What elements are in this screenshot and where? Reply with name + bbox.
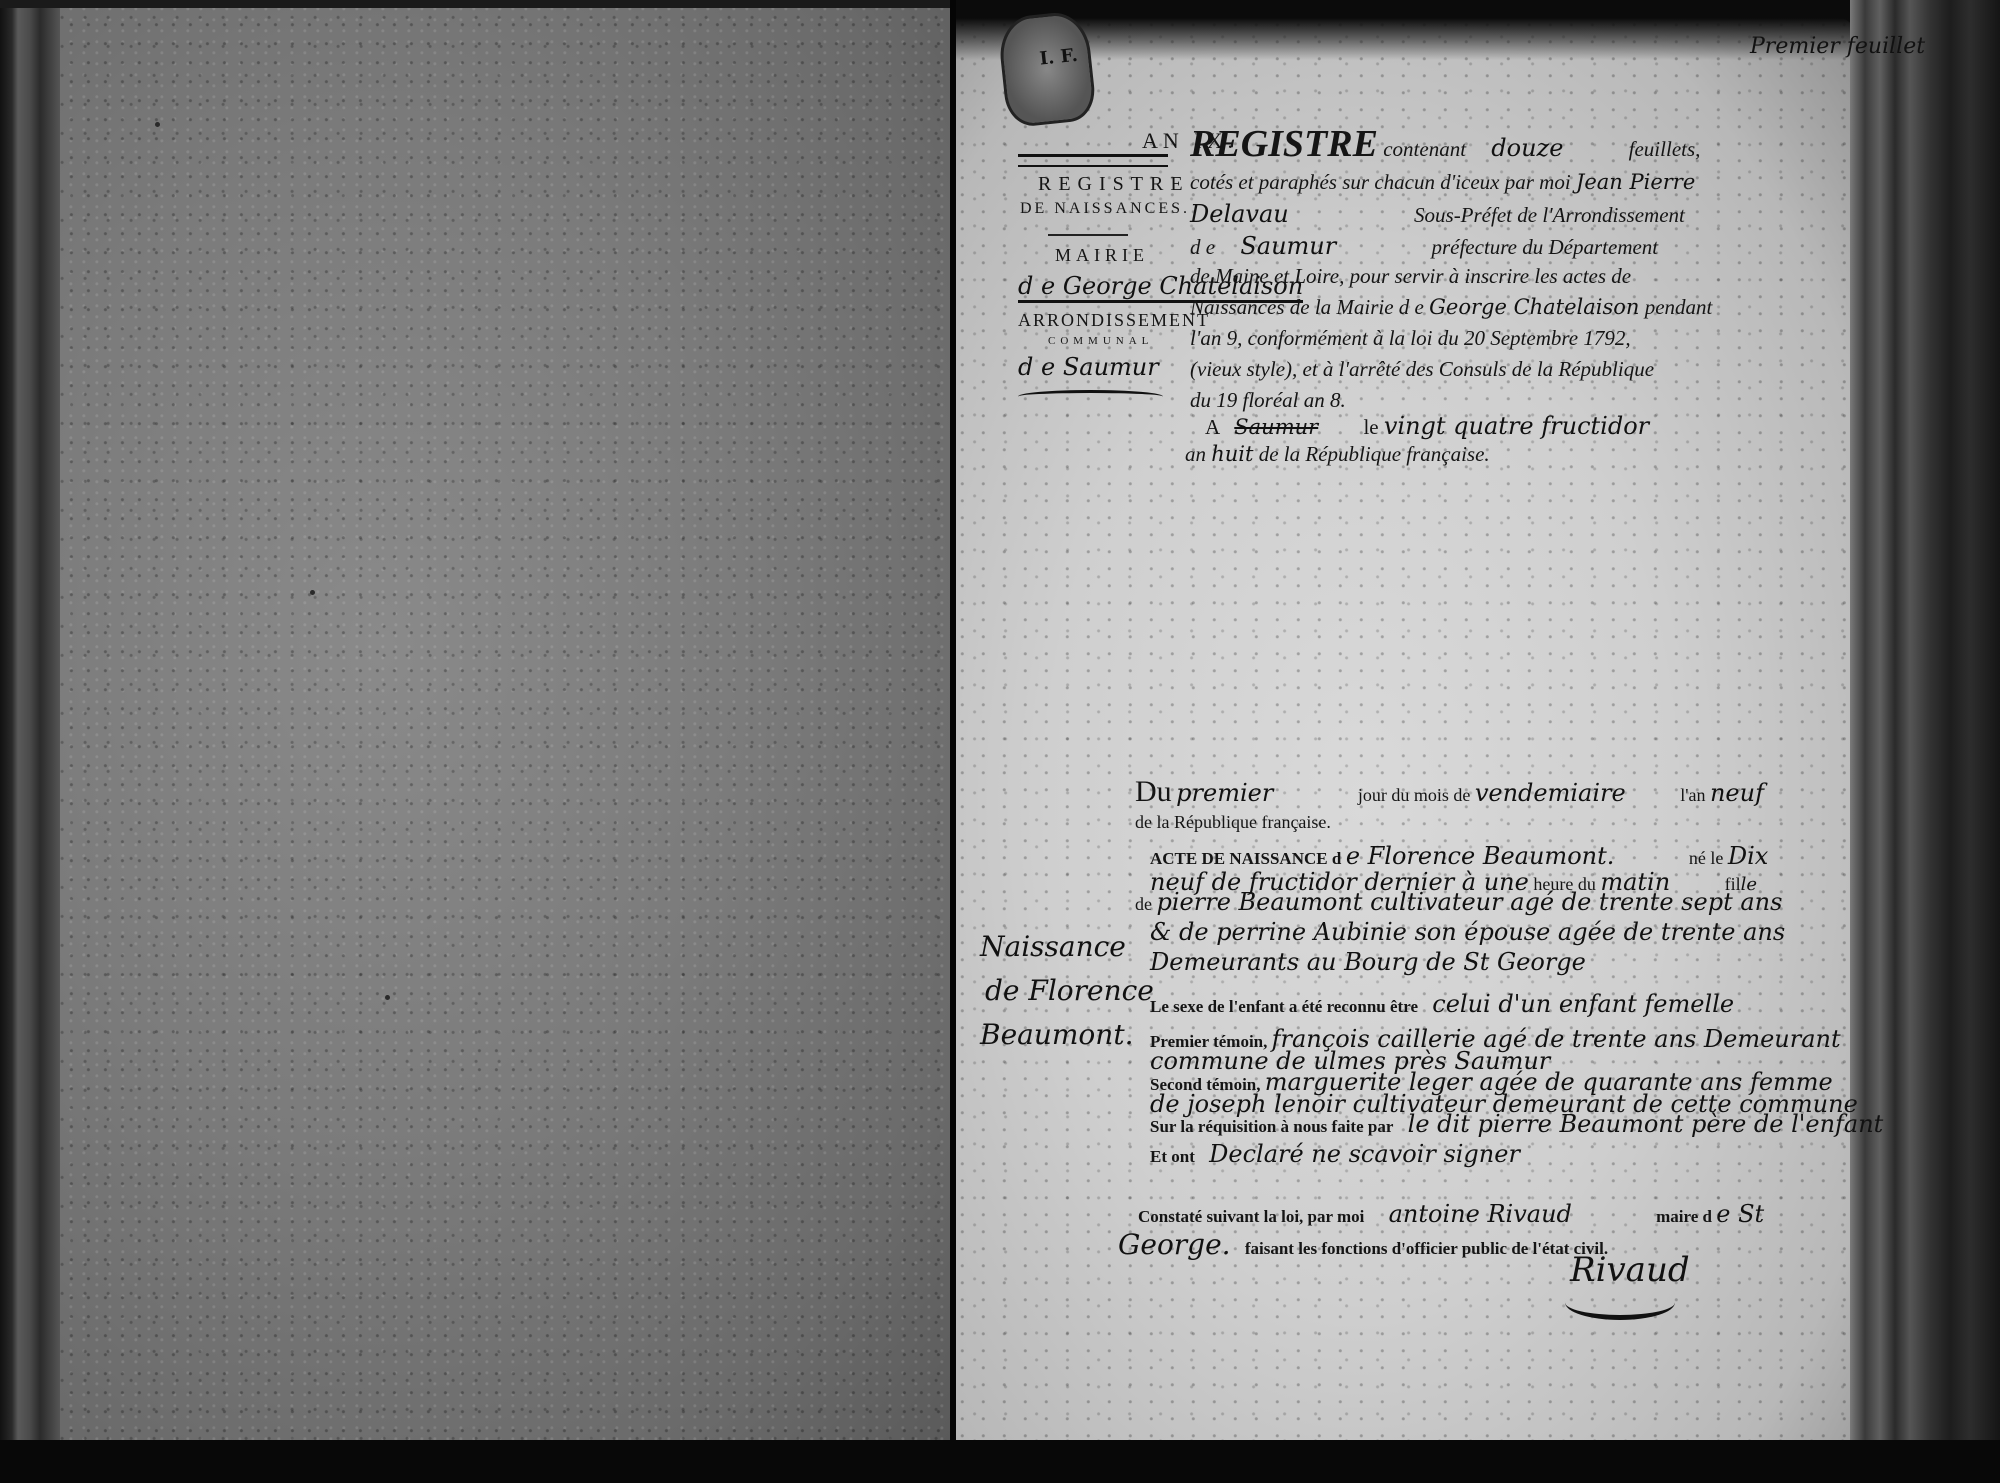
date-line-2: an huit de la République française. xyxy=(1185,442,1490,467)
declaration-line: Et ont Declaré ne scavoir signer xyxy=(1150,1140,1520,1168)
arrondissement-value: d e Saumur xyxy=(1018,353,1159,381)
act-name-line: ACTE DE NAISSANCE d e Florence Beaumont.… xyxy=(1150,842,1768,870)
act-date-line: Du premier jour du mois de vendemiaire l… xyxy=(1135,775,1764,809)
date-line: A Saumur le vingt quatre fructidor xyxy=(1205,412,1649,440)
paper-spot xyxy=(385,995,390,1000)
act-mother-line: & de perrine Aubinie son épouse agée de … xyxy=(1150,918,1785,946)
act-sex-line: Le sexe de l'enfant a été reconnu être c… xyxy=(1150,990,1734,1018)
signature-flourish xyxy=(1565,1285,1675,1320)
page-note: Premier feuillet xyxy=(1750,34,1925,59)
register-title: REGISTRE xyxy=(1190,123,1378,165)
header-line-9: du 19 floréal an 8. xyxy=(1190,388,1346,413)
left-top-edge xyxy=(0,0,960,8)
header-line-8: (vieux style), et à l'arrêté des Consuls… xyxy=(1190,357,1654,382)
book-binding-left xyxy=(0,0,60,1483)
header-line-6: Naissances de la Mairie d e George Chate… xyxy=(1190,295,1712,320)
mairie-label: MAIRIE xyxy=(1055,245,1149,266)
arrondissement-label: ARRONDISSEMENT xyxy=(1018,310,1210,331)
act-father-line: de pierre Beaumont cultivateur agé de tr… xyxy=(1135,888,1782,916)
mayor-signature: Rivaud xyxy=(1570,1250,1690,1290)
header-line-1: REGISTRE contenant douze feuillets, xyxy=(1190,122,1700,166)
act-residence-line: Demeurants au Bourg de St George xyxy=(1150,948,1586,976)
act-republique: de la République française. xyxy=(1135,812,1331,833)
communal-label: COMMUNAL xyxy=(1048,335,1153,347)
header-line-5: de Maine et Loire, pour servir à inscrir… xyxy=(1190,264,1631,289)
page-edges-right xyxy=(1850,0,2000,1483)
naissances-label: DE NAISSANCES. xyxy=(1020,200,1190,218)
brace-divider xyxy=(1018,390,1163,403)
header-line-3: Delavau Sous-Préfet de l'Arrondissement xyxy=(1190,200,1685,228)
left-page xyxy=(0,0,952,1440)
handwritten-count: douze xyxy=(1491,134,1563,162)
header-line-2: cotés et paraphés sur chacun d'iceux par… xyxy=(1190,170,1695,195)
paper-spot xyxy=(310,590,315,595)
double-rule xyxy=(1018,154,1168,167)
divider xyxy=(1048,234,1128,236)
paper-spot xyxy=(155,122,160,127)
fonctions-line: George. faisant les fonctions d'officier… xyxy=(1118,1228,1608,1261)
registre-label: REGISTRE xyxy=(1038,173,1190,196)
bottom-edge xyxy=(0,1440,2000,1483)
header-line-4: d e Saumur préfecture du Département xyxy=(1190,232,1658,260)
header-line-7: l'an 9, conformément à la loi du 20 Sept… xyxy=(1190,326,1631,351)
requisition-line: Sur la réquisition à nous faite par le d… xyxy=(1150,1110,1883,1138)
margin-note: Naissance de Florence Beaumont. xyxy=(980,925,1154,1057)
constate-line: Constaté suivant la loi, par moi antoine… xyxy=(1138,1200,1764,1228)
